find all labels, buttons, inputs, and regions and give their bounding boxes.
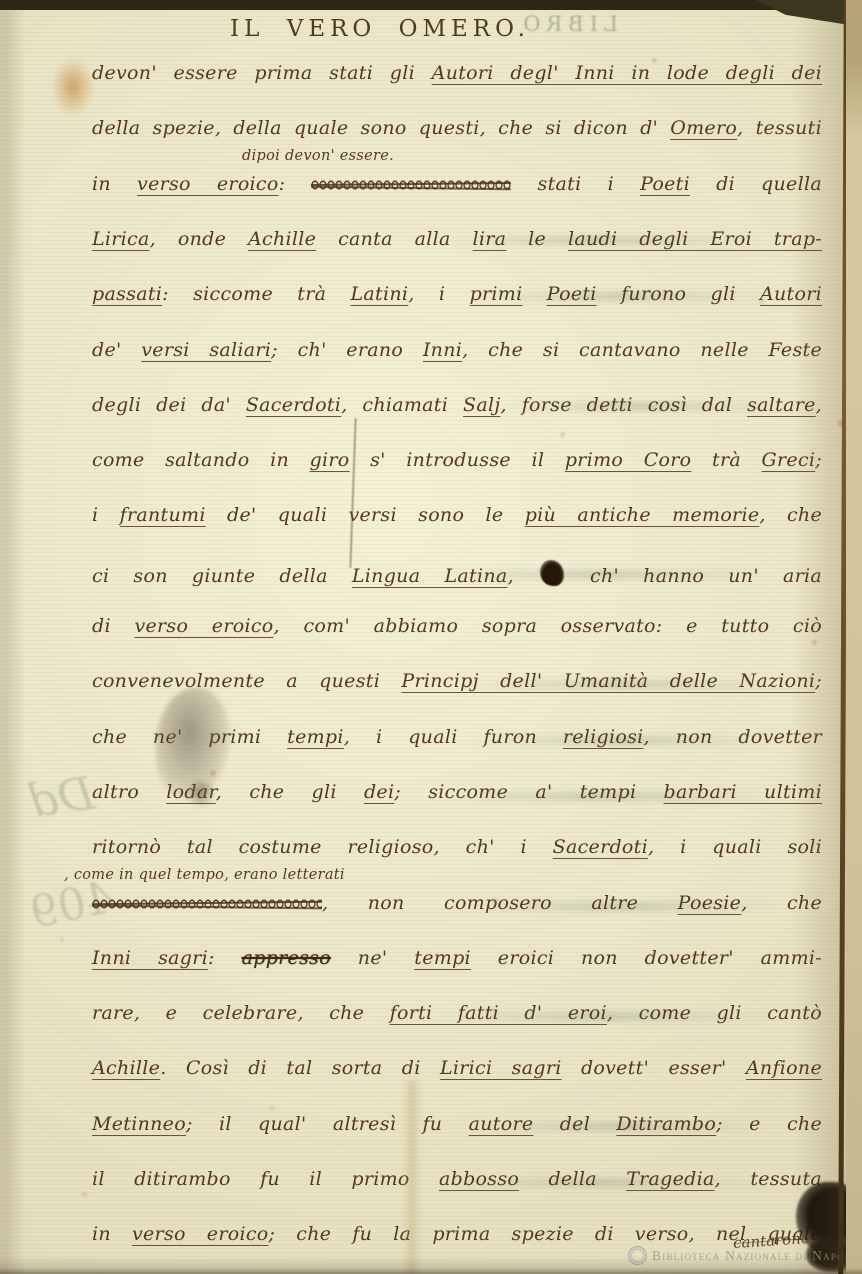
manuscript-text: tempi: [414, 947, 471, 969]
manuscript-text: Autori degl' Inni in lode degli dei: [432, 62, 822, 84]
manuscript-text: , i quali furon: [344, 726, 563, 748]
manuscript-text: :: [208, 947, 242, 969]
manuscript-text: Metinneo: [92, 1113, 186, 1135]
foxing-speck: [82, 1192, 87, 1197]
foxing-speck: [210, 770, 216, 776]
manuscript-text: degli dei da': [92, 394, 246, 416]
manuscript-line: rare, e celebrare, che forti fatti d' er…: [92, 1002, 822, 1036]
manuscript-text: Sacerdoti: [553, 836, 648, 858]
manuscript-line: il ditirambo fu il primo abbosso della T…: [92, 1168, 822, 1202]
manuscript-text: laudi degli Eroi trap-: [568, 228, 822, 250]
manuscript-text: Lirici sagri: [440, 1057, 562, 1079]
manuscript-text: abbosso: [439, 1168, 519, 1190]
library-watermark: Biblioteca Nazionale di Napoli: [628, 1246, 856, 1265]
scribbled-out-text: [92, 898, 322, 911]
manuscript-text: , onde: [150, 228, 248, 250]
manuscript-text: eroici non dovetter' ammi-: [471, 947, 822, 969]
manuscript-text: Principj dell' Umanità delle Nazioni: [401, 670, 815, 692]
manuscript-text: Ditirambo: [616, 1113, 716, 1135]
manuscript-text: , non composero altre: [322, 892, 678, 914]
manuscript-text: Achille: [248, 228, 316, 250]
manuscript-text: Poesie: [678, 892, 742, 914]
manuscript-text: primo Coro: [565, 449, 692, 471]
manuscript-text: , che gli: [216, 781, 364, 803]
manuscript-text: altro: [92, 781, 166, 803]
manuscript-text: , come gli cantò: [607, 1002, 822, 1024]
manuscript-text: s' introdusse il: [350, 449, 565, 471]
binding-edge-top: [0, 0, 862, 10]
bottom-edge-shadow: [0, 1268, 862, 1274]
manuscript-text: , forse detti così dal: [501, 394, 748, 416]
library-watermark-label: Biblioteca Nazionale di Napoli: [652, 1248, 856, 1264]
manuscript-line: di verso eroico, com' abbiamo sopra osse…: [92, 615, 822, 649]
manuscript-text: di quella: [690, 173, 822, 195]
manuscript-text: verso eroico: [132, 1223, 269, 1245]
manuscript-text: rare, e celebrare, che: [92, 1002, 390, 1024]
manuscript-text: , i quali soli: [648, 836, 822, 858]
manuscript-text: tempi: [287, 726, 344, 748]
manuscript-text: come saltando in: [92, 449, 310, 471]
manuscript-text: , tessuta: [715, 1168, 822, 1190]
manuscript-line: Inni sagri: appresso ne' tempi eroici no…: [92, 947, 822, 981]
ink-blot-inline: [540, 560, 564, 586]
manuscript-text: , tessuti: [737, 117, 822, 139]
manuscript-line: Metinneo; il qual' altresì fu autore del…: [92, 1113, 822, 1147]
manuscript-text: del: [533, 1113, 616, 1135]
manuscript-text: ;: [815, 449, 822, 471]
manuscript-text: barbari ultimi: [664, 781, 822, 803]
manuscript-text: frantumi: [120, 504, 206, 526]
manuscript-text: ; siccome a' tempi: [394, 781, 663, 803]
manuscript-text: Lingua Latina: [352, 565, 508, 587]
manuscript-text: ,: [507, 565, 537, 587]
manuscript-text: Inni sagri: [92, 947, 208, 969]
manuscript-text: Tragedia: [626, 1168, 714, 1190]
manuscript-text: forti fatti d' eroi: [390, 1002, 607, 1024]
manuscript-text: de' quali versi sono le: [206, 504, 525, 526]
manuscript-text: furono gli: [597, 283, 760, 305]
manuscript-line: ritornò tal costume religioso, ch' i Sac…: [92, 836, 822, 870]
manuscript-text: giro: [310, 449, 350, 471]
manuscript-text: dovett' esser': [562, 1057, 746, 1079]
manuscript-text: de': [92, 339, 141, 361]
manuscript-text: autore: [469, 1113, 534, 1135]
manuscript-text: della: [519, 1168, 626, 1190]
vertical-crease: [349, 418, 356, 568]
manuscript-text: dei: [364, 781, 394, 803]
manuscript-text: verso eroico: [137, 173, 279, 195]
manuscript-text: Salj: [463, 394, 501, 416]
manuscript-text: Omero: [670, 117, 737, 139]
manuscript-text: Sacerdoti: [246, 394, 341, 416]
manuscript-line: ci son giunte della Lingua Latina, ch' h…: [92, 560, 822, 594]
manuscript-text: ; e che: [716, 1113, 822, 1135]
manuscript-text: in: [92, 173, 137, 195]
foxing-speck: [60, 938, 64, 942]
rust-stain: [52, 58, 94, 116]
manuscript-line: della spezie, della quale sono questi, c…: [92, 117, 822, 151]
manuscript-text: , che si cantavano nelle Feste: [462, 339, 822, 361]
manuscript-line: come saltando in giro s' introdusse il p…: [92, 449, 822, 483]
foxing-speck: [270, 1106, 274, 1110]
manuscript-text: Autori: [760, 283, 822, 305]
manuscript-text: convenevolmente a questi: [92, 670, 401, 692]
manuscript-text: canta alla: [316, 228, 472, 250]
manuscript-line: Achille. Così di tal sorta di Lirici sag…: [92, 1057, 822, 1091]
manuscript-text: Poeti: [640, 173, 690, 195]
manuscript-text: di: [92, 615, 134, 637]
page-title: IL VERO OMERO.: [215, 16, 545, 42]
interlinear-insertion: , come in quel tempo, erano letterati: [64, 867, 345, 883]
manuscript-line: in verso eroico: stati i Poeti di quella…: [92, 173, 822, 207]
manuscript-text: , chiamati: [341, 394, 463, 416]
manuscript-text: ; il qual' altresì fu: [186, 1113, 469, 1135]
manuscript-line: altro lodar, che gli dei; siccome a' tem…: [92, 781, 822, 815]
interlinear-insertion: dipoi devon' essere.: [242, 148, 394, 164]
manuscript-line: convenevolmente a questi Principj dell' …: [92, 670, 822, 704]
manuscript-text: appresso: [242, 947, 331, 969]
manuscript-line: de' versi saliari; ch' erano Inni, che s…: [92, 339, 822, 373]
next-leaf-edge: [846, 0, 862, 1274]
manuscript-text: versi saliari: [141, 339, 271, 361]
manuscript-text: ch' hanno un' aria: [566, 565, 822, 587]
manuscript-text: , che: [741, 892, 822, 914]
manuscript-text: verso eroico: [134, 615, 273, 637]
manuscript-scan: LIBRO Dd 409 IL VERO OMERO. devon' esser…: [0, 0, 862, 1274]
manuscript-text: :: [279, 173, 312, 195]
manuscript-text: Anfione: [746, 1057, 822, 1079]
manuscript-text: ,: [816, 394, 822, 416]
scribbled-out-text: [311, 179, 511, 192]
manuscript-text: , com' abbiamo sopra osservato: e tutto …: [274, 615, 822, 637]
manuscript-text: Lirica: [92, 228, 150, 250]
manuscript-text: lodar: [166, 781, 216, 803]
manuscript-line: che ne' primi tempi, i quali furon relig…: [92, 726, 822, 760]
library-emblem-icon: [628, 1246, 647, 1265]
manuscript-text: ci son giunte della: [92, 565, 352, 587]
manuscript-text: ;: [815, 670, 822, 692]
manuscript-text: , non dovetter: [644, 726, 822, 748]
manuscript-text: in: [92, 1223, 132, 1245]
manuscript-text: ritornò tal costume religioso, ch' i: [92, 836, 553, 858]
manuscript-line: devon' essere prima stati gli Autori deg…: [92, 62, 822, 96]
manuscript-text: passati: [92, 283, 162, 305]
manuscript-line: , non composero altre Poesie, che, come …: [92, 892, 822, 926]
manuscript-text: trà: [691, 449, 761, 471]
manuscript-text: più antiche memorie: [525, 504, 760, 526]
manuscript-text: stati i: [511, 173, 640, 195]
manuscript-text: ; ch' erano: [271, 339, 423, 361]
manuscript-text: : siccome trà: [162, 283, 350, 305]
manuscript-text: . Così di tal sorta di: [160, 1057, 440, 1079]
manuscript-text: lira: [473, 228, 507, 250]
manuscript-text: Inni: [423, 339, 462, 361]
manuscript-text: il ditirambo fu il primo: [92, 1168, 439, 1190]
manuscript-text: della spezie, della quale sono questi, c…: [92, 117, 670, 139]
manuscript-text: Achille: [92, 1057, 160, 1079]
manuscript-text: , che: [759, 504, 822, 526]
manuscript-text: Latini: [351, 283, 409, 305]
foxing-speck: [560, 432, 565, 437]
manuscript-text: i: [92, 504, 120, 526]
manuscript-line: i frantumi de' quali versi sono le più a…: [92, 504, 822, 538]
manuscript-line: degli dei da' Sacerdoti, chiamati Salj, …: [92, 394, 822, 428]
manuscript-text: Greci: [762, 449, 816, 471]
manuscript-text: , i: [408, 283, 469, 305]
manuscript-line: passati: siccome trà Latini, i primi Poe…: [92, 283, 822, 317]
manuscript-text: religiosi: [563, 726, 644, 748]
bleedthrough-shelfmark-dd: Dd: [25, 766, 98, 829]
manuscript-text: che ne' primi: [92, 726, 287, 748]
manuscript-text: ne': [331, 947, 414, 969]
manuscript-text: saltare: [747, 394, 816, 416]
manuscript-line: Lirica, onde Achille canta alla lira le …: [92, 228, 822, 262]
manuscript-text: devon' essere prima stati gli: [92, 62, 432, 84]
manuscript-text: le: [506, 228, 568, 250]
manuscript-text: primi: [470, 283, 523, 305]
manuscript-text: [522, 283, 546, 305]
manuscript-text: Poeti: [547, 283, 597, 305]
